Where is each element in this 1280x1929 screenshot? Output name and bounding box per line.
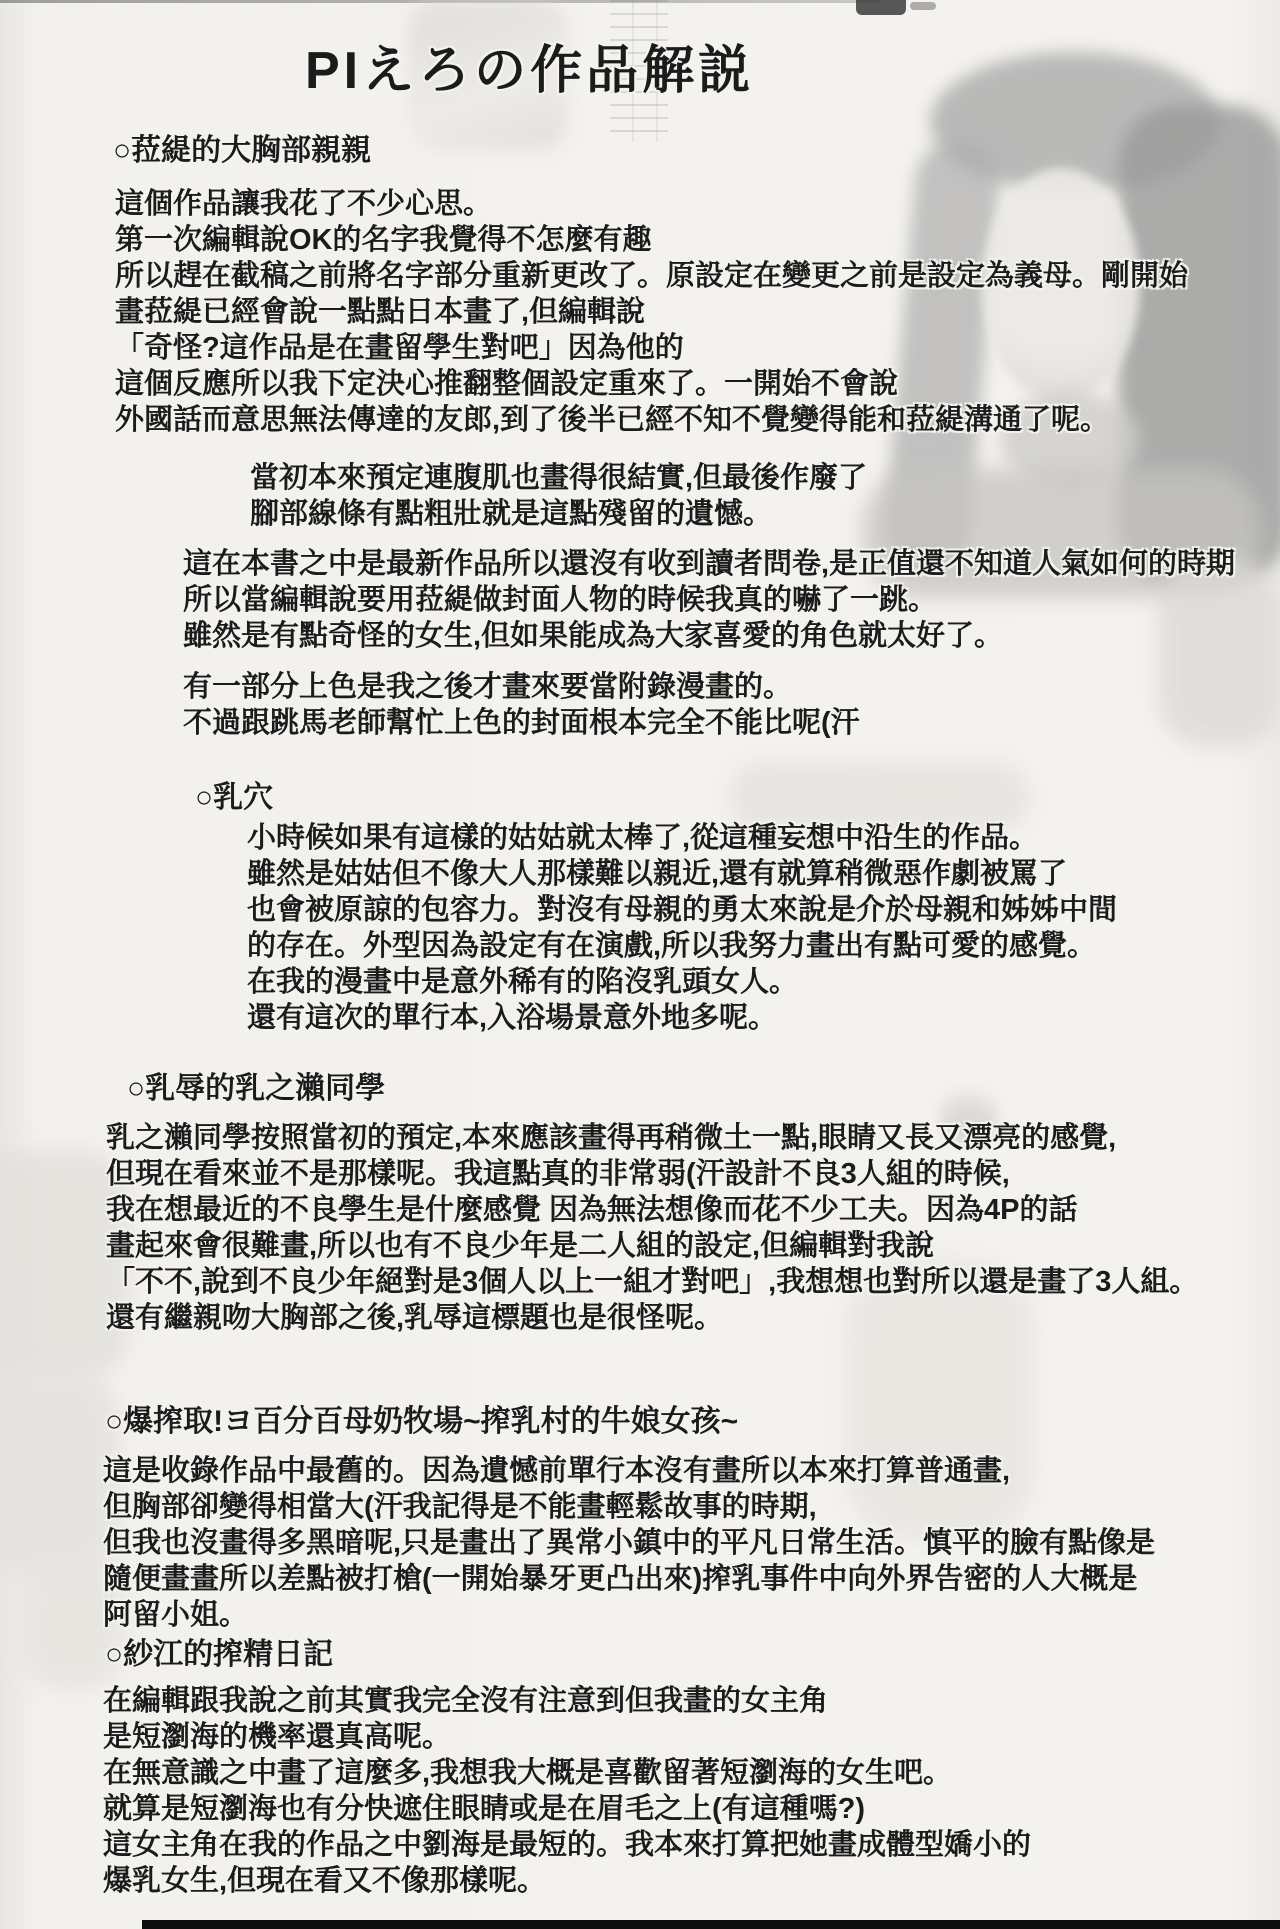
- paragraph: 乳之瀨同學按照當初的預定,本來應該畫得再稍微土一點,眼睛又長又漂亮的感覺,但現在…: [106, 1120, 1280, 1336]
- sections: ○菈緹的大胸部親親這個作品讓我花了不少心思。第一次編輯說OK的名字我覺得不怎麼有…: [0, 132, 1280, 1899]
- section-heading: ○紗江的搾精日記: [105, 1636, 1280, 1674]
- text-line: 「奇怪?這作品是在畫留學生對吧」因為他的: [115, 330, 1280, 366]
- text-line: 是短瀏海的機率還真高呢。: [103, 1719, 1280, 1755]
- text-line: 這女主角在我的作品之中劉海是最短的。我本來打算把她畫成體型嬌小的: [103, 1827, 1280, 1863]
- paragraph: 有一部分上色是我之後才畫來要當附錄漫畫的。不過跟跳馬老師幫忙上色的封面根本完全不…: [183, 669, 1280, 741]
- section: ○紗江的搾精日記在編輯跟我說之前其實我完全沒有注意到但我畫的女主角是短瀏海的機率…: [0, 1636, 1280, 1899]
- text-line: 這在本書之中是最新作品所以還沒有收到讀者問卷,是正值還不知道人氣如何的時期: [183, 546, 1280, 582]
- section: ○菈緹的大胸部親親這個作品讓我花了不少心思。第一次編輯說OK的名字我覺得不怎麼有…: [0, 132, 1280, 741]
- scan-bottom-bar: [142, 1920, 1280, 1929]
- text-line: 在我的漫畫中是意外稀有的陷沒乳頭女人。: [247, 964, 1280, 1000]
- text-line: 雖然是有點奇怪的女生,但如果能成為大家喜愛的角色就太好了。: [183, 618, 1280, 654]
- text-line: 但我也沒畫得多黑暗呢,只是畫出了異常小鎮中的平凡日常生活。慎平的臉有點像是: [103, 1525, 1280, 1561]
- text-line: 有一部分上色是我之後才畫來要當附錄漫畫的。: [183, 669, 1280, 705]
- commentary-page: PIえろの作品解説 ○菈緹的大胸部親親這個作品讓我花了不少心思。第一次編輯說OK…: [0, 40, 1280, 1899]
- section-heading: ○乳辱的乳之瀨同學: [127, 1070, 1280, 1108]
- paragraph: 這是收錄作品中最舊的。因為遺憾前單行本沒有畫所以本來打算普通畫,但胸部卻變得相當…: [103, 1453, 1280, 1633]
- section: ○乳辱的乳之瀨同學乳之瀨同學按照當初的預定,本來應該畫得再稍微土一點,眼睛又長又…: [0, 1070, 1280, 1336]
- text-line: 我在想最近的不良學生是什麼感覺 因為無法想像而花不少工夫。因為4P的話: [106, 1192, 1280, 1228]
- text-line: 所以趕在截稿之前將名字部分重新更改了。原設定在變更之前是設定為義母。剛開始: [115, 258, 1280, 294]
- text-line: 但現在看來並不是那樣呢。我這點真的非常弱(汗設計不良3人組的時候,: [106, 1156, 1280, 1192]
- scan-smudge-small: [910, 2, 936, 10]
- paragraph: 當初本來預定連腹肌也畫得很結實,但最後作廢了腳部線條有點粗壯就是這點殘留的遺憾。: [250, 460, 1280, 532]
- text-line: 所以當編輯說要用菈緹做封面人物的時候我真的嚇了一跳。: [183, 582, 1280, 618]
- section: ○乳穴小時候如果有這樣的姑姑就太棒了,從這種妄想中沿生的作品。雖然是姑姑但不像大…: [0, 779, 1280, 1036]
- text-line: 畫菈緹已經會說一點點日本畫了,但編輯說: [115, 294, 1280, 330]
- text-line: 小時候如果有這樣的姑姑就太棒了,從這種妄想中沿生的作品。: [247, 820, 1280, 856]
- text-line: 隨便畫畫所以差點被打槍(一開始暴牙更凸出來)搾乳事件中向外界告密的人大概是: [103, 1561, 1280, 1597]
- text-line: 在編輯跟我說之前其實我完全沒有注意到但我畫的女主角: [103, 1683, 1280, 1719]
- text-line: 這個作品讓我花了不少心思。: [115, 186, 1280, 222]
- text-line: 還有繼親吻大胸部之後,乳辱這標題也是很怪呢。: [106, 1300, 1280, 1336]
- text-line: 雖然是姑姑但不像大人那樣難以親近,還有就算稍微惡作劇被罵了: [247, 856, 1280, 892]
- text-line: 就算是短瀏海也有分快遮住眼睛或是在眉毛之上(有這種嗎?): [103, 1791, 1280, 1827]
- text-line: 當初本來預定連腹肌也畫得很結實,但最後作廢了: [250, 460, 1280, 496]
- text-line: 外國話而意思無法傳達的友郎,到了後半已經不知不覺變得能和菈緹溝通了呢。: [115, 402, 1280, 438]
- text-line: 在無意識之中畫了這麼多,我想我大概是喜歡留著短瀏海的女生吧。: [103, 1755, 1280, 1791]
- text-line: 但胸部卻變得相當大(汗我記得是不能畫輕鬆故事的時期,: [103, 1489, 1280, 1525]
- paragraph: 這個作品讓我花了不少心思。第一次編輯說OK的名字我覺得不怎麼有趣所以趕在截稿之前…: [115, 186, 1280, 438]
- text-line: 還有這次的單行本,入浴場景意外地多呢。: [247, 1000, 1280, 1036]
- text-line: 爆乳女生,但現在看又不像那樣呢。: [103, 1863, 1280, 1899]
- text-line: 畫起來會很難畫,所以也有不良少年是二人組的設定,但編輯對我說: [106, 1228, 1280, 1264]
- text-line: 這個反應所以我下定決心推翻整個設定重來了。一開始不會說: [115, 366, 1280, 402]
- text-line: 腳部線條有點粗壯就是這點殘留的遺憾。: [250, 496, 1280, 532]
- paragraph: 這在本書之中是最新作品所以還沒有收到讀者問卷,是正值還不知道人氣如何的時期所以當…: [183, 546, 1280, 654]
- text-line: 「不不,說到不良少年絕對是3個人以上一組才對吧」,我想想也對所以還是畫了3人組。: [106, 1264, 1280, 1300]
- page-title: PIえろの作品解説: [305, 40, 1280, 102]
- text-line: 也會被原諒的包容力。對沒有母親的勇太來說是介於母親和姊姊中間: [247, 892, 1280, 928]
- text-line: 這是收錄作品中最舊的。因為遺憾前單行本沒有畫所以本來打算普通畫,: [103, 1453, 1280, 1489]
- paragraph: 小時候如果有這樣的姑姑就太棒了,從這種妄想中沿生的作品。雖然是姑姑但不像大人那樣…: [247, 820, 1280, 1036]
- text-line: 阿留小姐。: [103, 1597, 1280, 1633]
- section-heading: ○爆搾取!ヨ百分百母奶牧場~搾乳村的牛娘女孩~: [105, 1403, 1280, 1441]
- text-line: 不過跟跳馬老師幫忙上色的封面根本完全不能比呢(汗: [183, 705, 1280, 741]
- section-heading: ○菈緹的大胸部親親: [113, 132, 1280, 170]
- scan-smudge: [856, 0, 906, 15]
- text-line: 第一次編輯說OK的名字我覺得不怎麼有趣: [115, 222, 1280, 258]
- text-line: 乳之瀨同學按照當初的預定,本來應該畫得再稍微土一點,眼睛又長又漂亮的感覺,: [106, 1120, 1280, 1156]
- section: ○爆搾取!ヨ百分百母奶牧場~搾乳村的牛娘女孩~這是收錄作品中最舊的。因為遺憾前單…: [0, 1403, 1280, 1633]
- section-heading: ○乳穴: [195, 779, 1280, 817]
- text-line: 的存在。外型因為設定有在演戲,所以我努力畫出有點可愛的感覺。: [247, 928, 1280, 964]
- paragraph: 在編輯跟我說之前其實我完全沒有注意到但我畫的女主角是短瀏海的機率還真高呢。在無意…: [103, 1683, 1280, 1899]
